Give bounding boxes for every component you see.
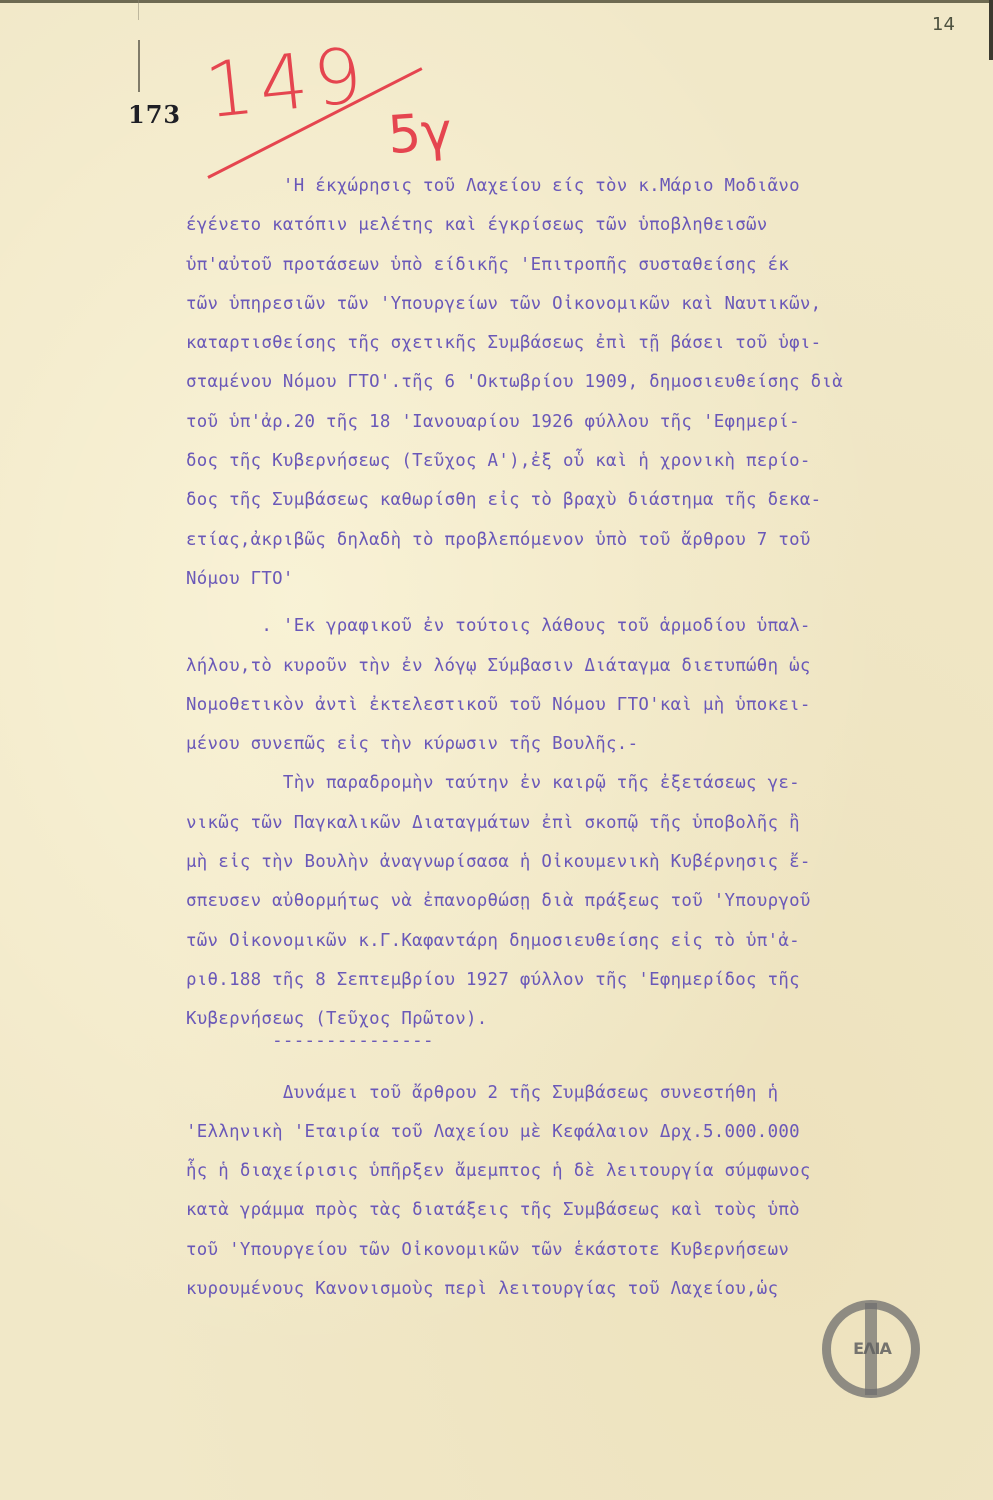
text-line: ετίας,ἀκριβῶς δηλαδὴ τὸ προβλεπόμενον ὑπ… [186,521,966,560]
text-line: ὑπ'αὐτοῦ προτάσεων ὑπὸ είδικῆς 'Επιτροπῆ… [186,246,966,285]
text-line: λήλου,τὸ κυροῦν τὴν ἐν λόγῳ Σύμβασιν Διά… [186,647,966,686]
text-line: μένου συνεπῶς εἰς τὴν κύρωσιν τῆς Βουλῆς… [186,725,966,764]
text-line: Νόμου ΓΤΟ' [186,560,966,599]
text-line: Δυνάμει τοῦ ἄρθρου 2 τῆς Συμβάσεως συνεσ… [186,1074,966,1113]
text-line: ριθ.188 τῆς 8 Σεπτεμβρίου 1927 φύλλον τῆ… [186,961,966,1000]
text-line: Τὴν παραδρομὴν ταύτην ἐν καιρῷ τῆς ἐξετά… [186,764,966,803]
text-line: ἧς ἡ διαχείρισις ὑπῆρξεν ἄμεμπτος ἡ δὲ λ… [186,1152,966,1191]
text-line: μὴ εἰς τὴν Βουλὴν ἀναγνωρίσασα ἡ Οἰκουμε… [186,843,966,882]
page-number: 14 [932,14,955,35]
archive-stamp-label: ΕΛΙΑ [835,1339,909,1358]
page-top-edge [0,0,993,3]
margin-mark [138,0,139,20]
section-separator: --------------- [186,1026,966,1056]
paragraph-4: Δυνάμει τοῦ ἄρθρου 2 τῆς Συμβάσεως συνεσ… [186,1074,966,1310]
text-line: δος τῆς Κυβερνήσεως (Τεῦχος Α'),ἐξ οὗ κα… [186,442,966,481]
text-line: σπευσεν αὐθορμήτως νὰ ἐπανορθώσῃ διὰ πρά… [186,882,966,921]
text-line: έγένετο κατόπιν μελέτης καὶ έγκρίσεως τῶ… [186,206,966,245]
text-line: νικῶς τῶν Παγκαλικῶν Διαταγμάτων ἐπὶ σκο… [186,804,966,843]
text-line: τῶν ὑπηρεσιῶν τῶν 'Υπουργείων τῶν Οἰκονο… [186,285,966,324]
paragraph-2: . 'Εκ γραφικοῦ ἐν τούτοις λάθους τοῦ ἁρμ… [186,607,966,764]
handwritten-red-subnumber: 5γ [386,102,454,166]
archive-stamp-icon: ΕΛΙΑ [822,1300,920,1398]
text-line: καταρτισθείσης τῆς σχετικῆς Συμβάσεως ἐπ… [186,324,966,363]
margin-mark [138,40,140,92]
text-line: τοῦ ὑπ'ἀρ.20 τῆς 18 'Ιανουαρίου 1926 φύλ… [186,403,966,442]
text-line: κυρουμένους Κανονισμοὺς περὶ λειτουργίας… [186,1270,966,1309]
text-line: τοῦ 'Υπουργείου τῶν Οἰκονομικῶν τῶν ἑκάσ… [186,1231,966,1270]
page-right-edge [989,0,993,60]
text-line: δος τῆς Συμβάσεως καθωρίσθη εἰς τὸ βραχὺ… [186,481,966,520]
text-line: κατὰ γράμμα πρὸς τὰς διατάξεις τῆς Συμβά… [186,1191,966,1230]
text-line: τῶν Οἰκονομικῶν κ.Γ.Καφαντάρη δημοσιευθε… [186,922,966,961]
paragraph-1: 'Η έκχώρησις τοῦ Λαχείου είς τὸν κ.Μάριο… [186,167,966,599]
text-line: . 'Εκ γραφικοῦ ἐν τούτοις λάθους τοῦ ἁρμ… [186,607,966,646]
typewritten-body: 'Η έκχώρησις τοῦ Λαχείου είς τὸν κ.Μάριο… [186,167,966,1309]
text-line: 'Ελληνικὴ 'Εταιρία τοῦ Λαχείου μὲ Κεφάλα… [186,1113,966,1152]
stamped-folio-number: 173 [128,100,181,129]
text-line: Νομοθετικὸν ἀντὶ ἐκτελεστικοῦ τοῦ Νόμου … [186,686,966,725]
handwritten-red-number: 149 [201,30,372,136]
paragraph-3: Τὴν παραδρομὴν ταύτην ἐν καιρῷ τῆς ἐξετά… [186,764,966,1039]
document-page: 14 173 149 5γ 'Η έκχώρησις τοῦ Λαχείου ε… [0,0,993,1500]
text-line: 'Η έκχώρησις τοῦ Λαχείου είς τὸν κ.Μάριο… [186,167,966,206]
text-line: σταμένου Νόμου ΓΤΟ'.τῆς 6 'Οκτωβρίου 190… [186,363,966,402]
